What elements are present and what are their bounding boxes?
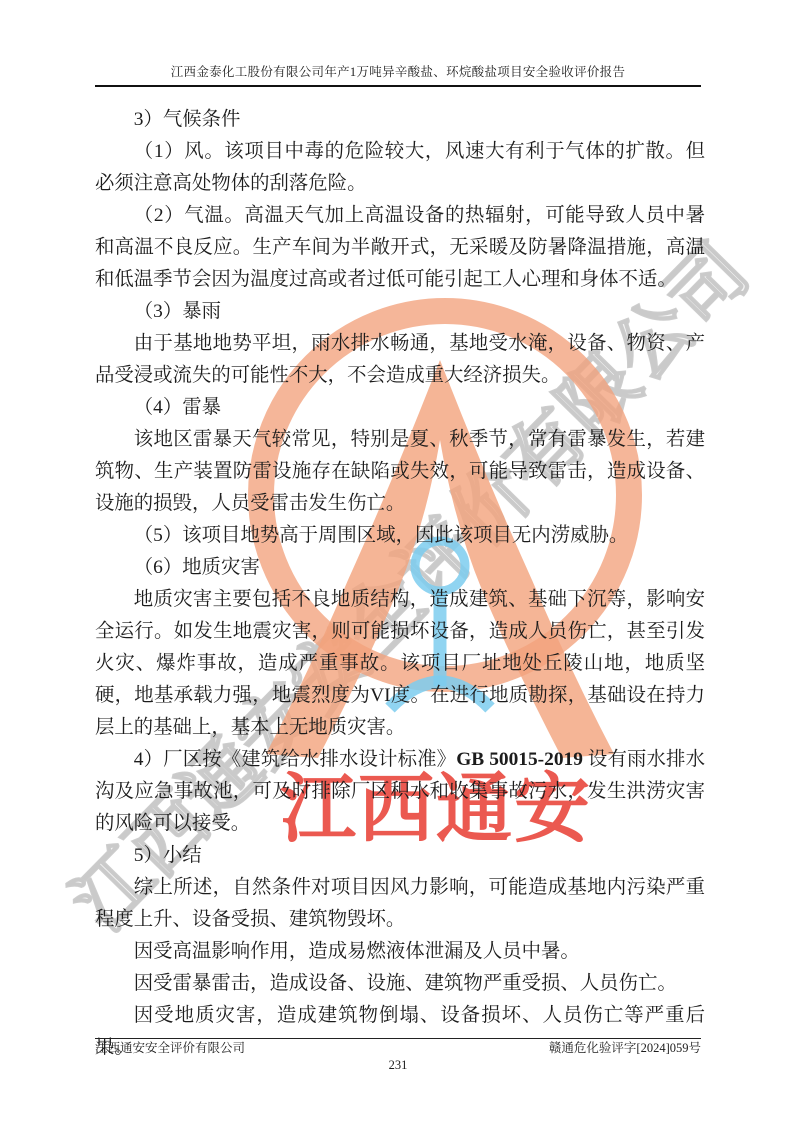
paragraph: 因受高温影响作用，造成易燃液体泄漏及人员中暑。 — [95, 936, 705, 968]
document-body: 3）气候条件（1）风。该项目中毒的危险较大，风速大有利于气体的扩散。但必须注意高… — [95, 104, 705, 1064]
page-footer: 江西通安安全评价有限公司 赣通危化验评字[2024]059号 231 — [95, 1038, 701, 1073]
paragraph: 因受雷暴雷击，造成设备、设施、建筑物严重受损、人员伤亡。 — [95, 968, 705, 1000]
header-title: 江西金泰化工股份有限公司年产1万吨异辛酸盐、环烷酸盐项目安全验收评价报告 — [171, 65, 626, 79]
paragraph: 地质灾害主要包括不良地质结构，造成建筑、基础下沉等，影响安全运行。如发生地震灾害… — [95, 584, 705, 744]
paragraph: 5）小结 — [95, 840, 705, 872]
paragraph: （3）暴雨 — [95, 296, 705, 328]
paragraph: （4）雷暴 — [95, 392, 705, 424]
paragraph: 该地区雷暴天气较常见，特别是夏、秋季节，常有雷暴发生，若建筑物、生产装置防雷设施… — [95, 424, 705, 520]
paragraph: （1）风。该项目中毒的危险较大，风速大有利于气体的扩散。但必须注意高处物体的刮落… — [95, 136, 705, 200]
paragraph: （6）地质灾害 — [95, 552, 705, 584]
paragraph: 4）厂区按《建筑给水排水设计标准》GB 50015-2019 设有雨水排水沟及应… — [95, 744, 705, 840]
footer-company: 江西通安安全评价有限公司 — [95, 1040, 245, 1057]
page-header: 江西金泰化工股份有限公司年产1万吨异辛酸盐、环烷酸盐项目安全验收评价报告 — [95, 62, 701, 87]
page-number: 231 — [95, 1057, 701, 1073]
paragraph: 3）气候条件 — [95, 104, 705, 136]
paragraph: 由于基地地势平坦，雨水排水畅通，基地受水淹，设备、物资、产品受浸或流失的可能性不… — [95, 328, 705, 392]
paragraph: （2）气温。高温天气加上高温设备的热辐射，可能导致人员中暑和高温不良反应。生产车… — [95, 200, 705, 296]
paragraph: （5）该项目地势高于周围区域，因此该项目无内涝威胁。 — [95, 520, 705, 552]
footer-doc-number: 赣通危化验评字[2024]059号 — [549, 1040, 701, 1057]
paragraph: 综上所述，自然条件对项目因风力影响，可能造成基地内污染严重程度上升、设备受损、建… — [95, 872, 705, 936]
